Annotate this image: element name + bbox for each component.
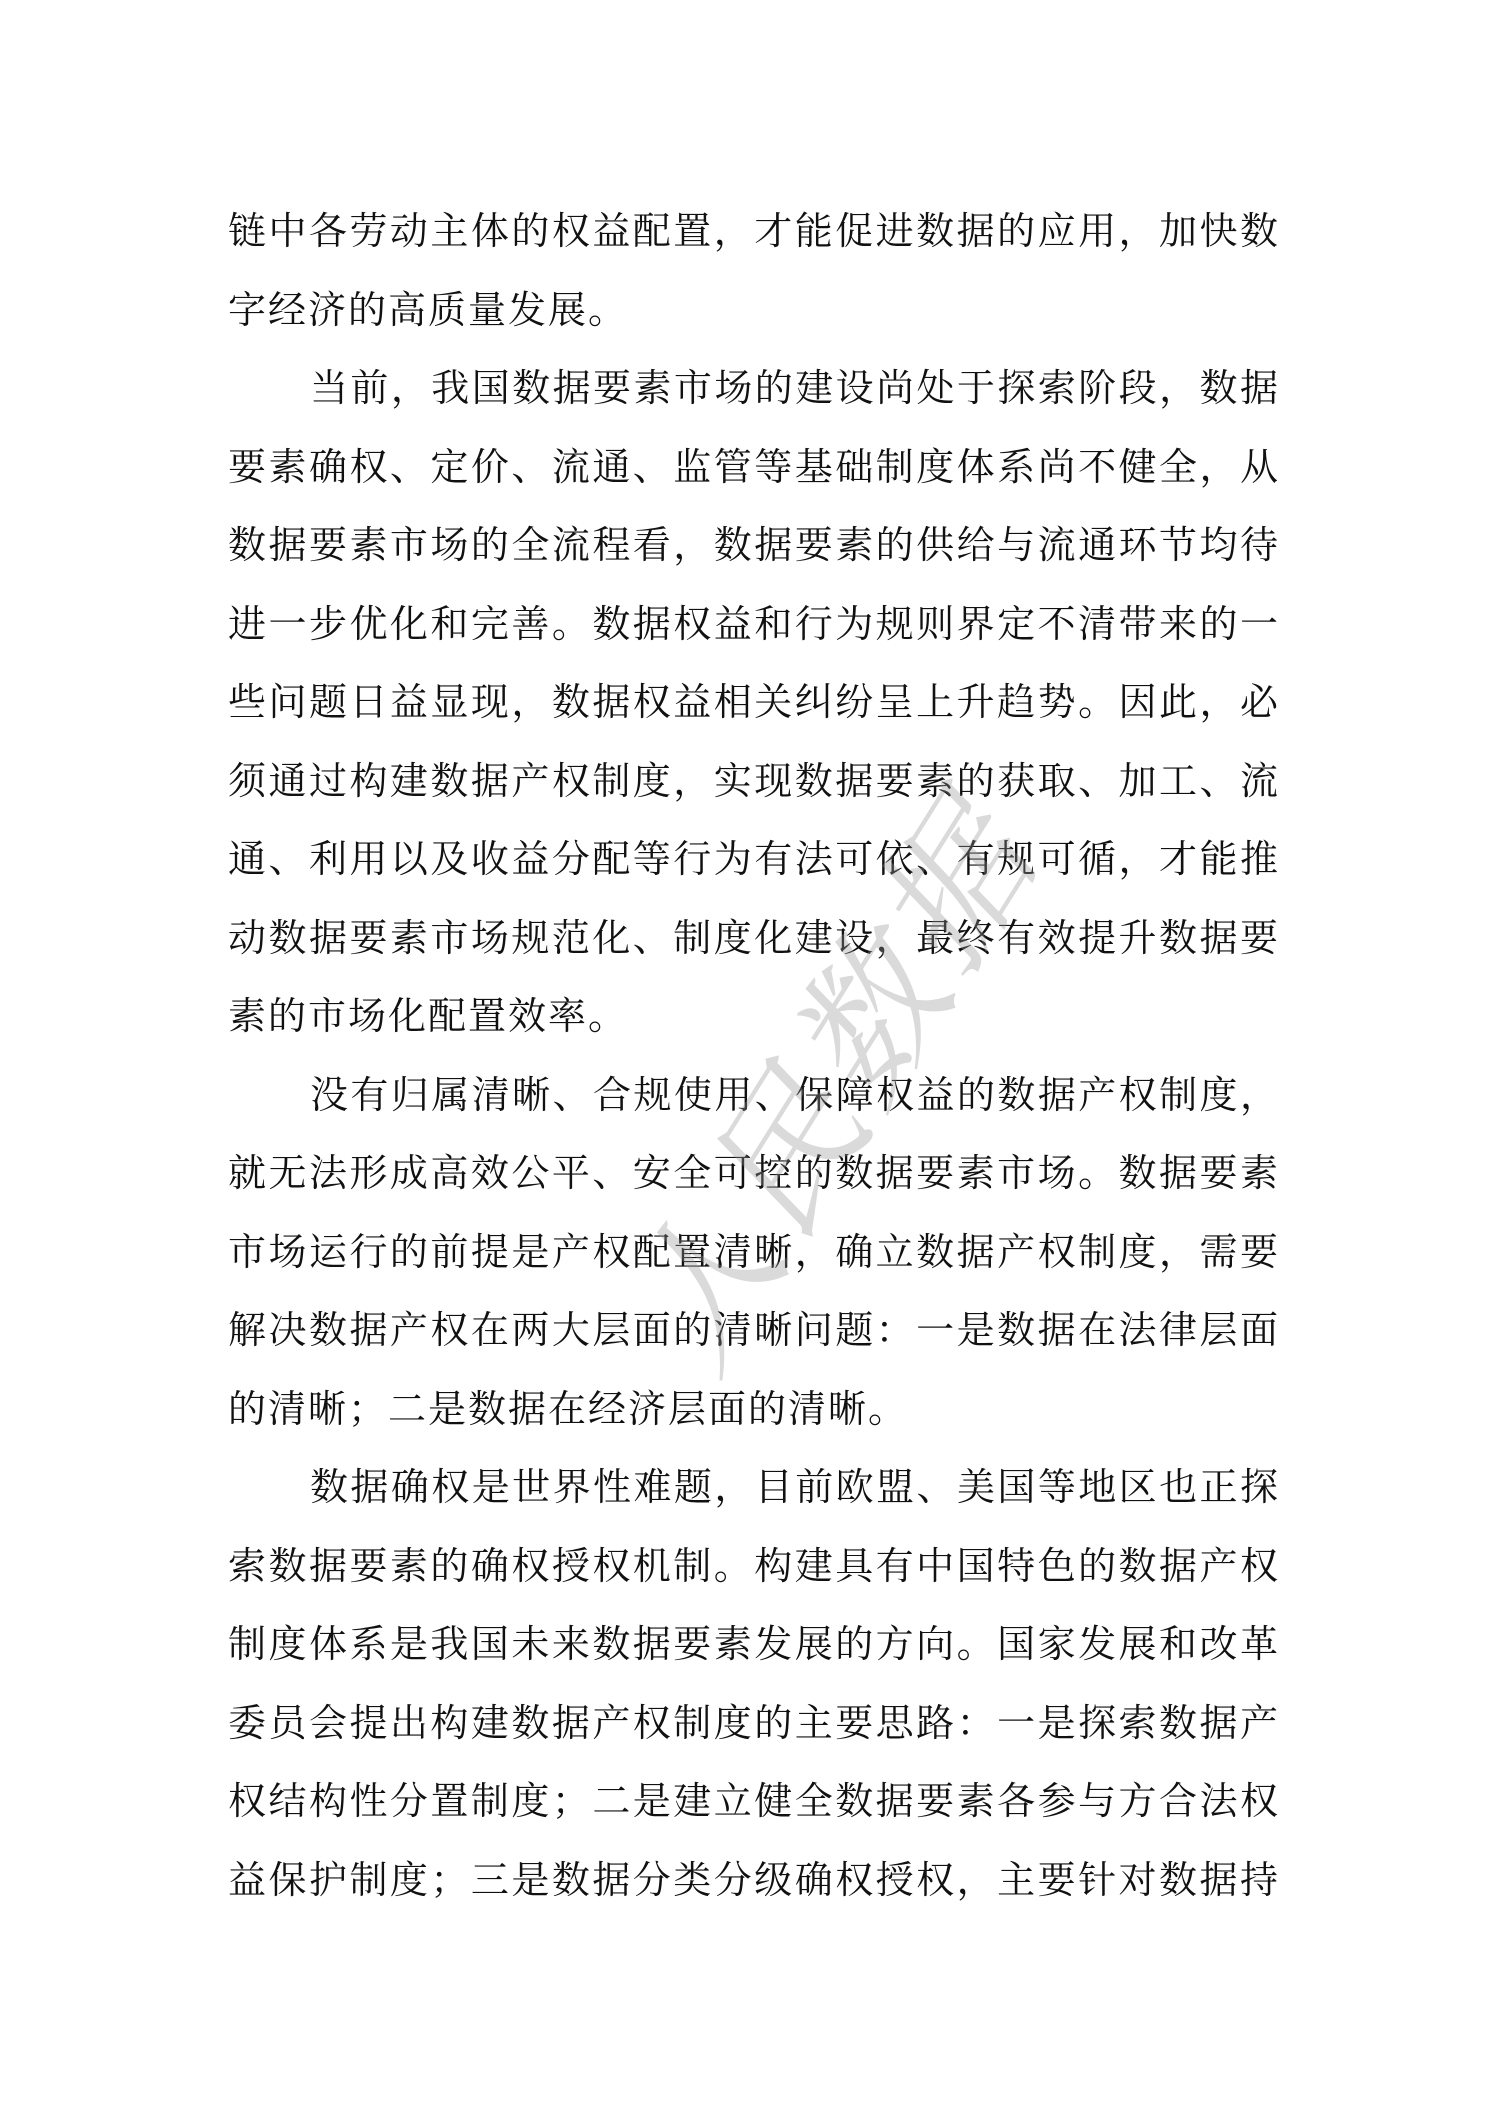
text-line-20: 委员会提出构建数据产权制度的主要思路：一是探索数据产 (228, 1684, 1280, 1763)
text-line-9: 通、利用以及收益分配等行为有法可依、有规可循，才能推 (228, 820, 1280, 899)
text-line-6: 进一步优化和完善。数据权益和行为规则界定不清带来的一 (228, 585, 1280, 664)
body-text: 链中各劳动主体的权益配置，才能促进数据的应用，加快数 字经济的高质量发展。 当前… (228, 192, 1280, 1919)
text-line-10: 动数据要素市场规范化、制度化建设，最终有效提升数据要 (228, 899, 1280, 978)
text-line-15: 解决数据产权在两大层面的清晰问题：一是数据在法律层面 (228, 1291, 1280, 1370)
text-line-4: 要素确权、定价、流通、监管等基础制度体系尚不健全，从 (228, 428, 1280, 507)
text-line-18: 索数据要素的确权授权机制。构建具有中国特色的数据产权 (228, 1527, 1280, 1606)
text-line-1: 链中各劳动主体的权益配置，才能促进数据的应用，加快数 (228, 192, 1280, 271)
paragraph-start-line-12: 没有归属清晰、合规使用、保障权益的数据产权制度， (228, 1056, 1280, 1135)
text-line-16: 的清晰；二是数据在经济层面的清晰。 (228, 1370, 1280, 1449)
text-line-11: 素的市场化配置效率。 (228, 977, 1280, 1056)
text-line-2: 字经济的高质量发展。 (228, 271, 1280, 350)
text-line-8: 须通过构建数据产权制度，实现数据要素的获取、加工、流 (228, 742, 1280, 821)
text-line-5: 数据要素市场的全流程看，数据要素的供给与流通环节均待 (228, 506, 1280, 585)
text-line-14: 市场运行的前提是产权配置清晰，确立数据产权制度，需要 (228, 1213, 1280, 1292)
text-line-21: 权结构性分置制度；二是建立健全数据要素各参与方合法权 (228, 1762, 1280, 1841)
text-line-19: 制度体系是我国未来数据要素发展的方向。国家发展和改革 (228, 1605, 1280, 1684)
text-line-22: 益保护制度；三是数据分类分级确权授权，主要针对数据持 (228, 1841, 1280, 1920)
text-line-13: 就无法形成高效公平、安全可控的数据要素市场。数据要素 (228, 1134, 1280, 1213)
text-line-7: 些问题日益显现，数据权益相关纠纷呈上升趋势。因此，必 (228, 663, 1280, 742)
paragraph-start-line-17: 数据确权是世界性难题，目前欧盟、美国等地区也正探 (228, 1448, 1280, 1527)
document-page: 链中各劳动主体的权益配置，才能促进数据的应用，加快数 字经济的高质量发展。 当前… (0, 0, 1500, 2121)
paragraph-start-line-3: 当前，我国数据要素市场的建设尚处于探索阶段，数据 (228, 349, 1280, 428)
